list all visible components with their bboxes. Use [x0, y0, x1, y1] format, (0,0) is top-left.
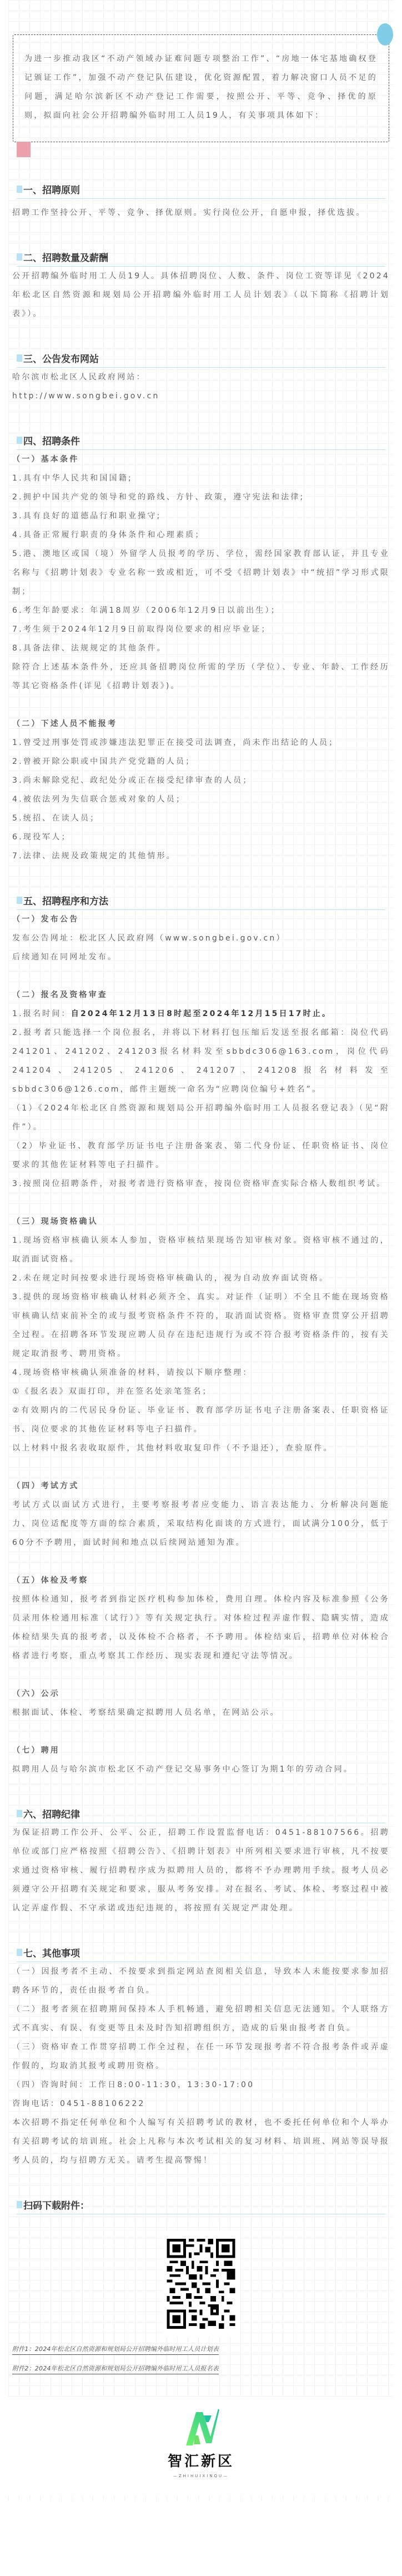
- list-item: 4.具备正常履行职责的身体条件和心理素质；: [12, 526, 390, 544]
- attachment-link-2[interactable]: 附件2：2024年松北区自然资源和规划局公开招聘编外临时用工人员报名表: [12, 2364, 219, 2374]
- section-quantity: 二、招聘数量及薪酬 公开招聘编外临时用工人员19人。具体招聘岗位、人数、条件、岗…: [8, 250, 394, 323]
- list-item: 除符合上述基本条件外，还应具备招聘岗位所需的学历（学位）、专业、年龄、工作经历等…: [12, 658, 390, 696]
- section-website: 三、公告发布网站 哈尔滨市松北区人民政府网站： http://www.songb…: [8, 351, 394, 406]
- list-item: 3.尚未解除党纪、政纪处分或正在接受纪律审查的人员；: [12, 771, 390, 790]
- list-item: 2.报考者只能选择一个岗位报名，并将以下材料打包压缩后发送至报名邮箱：岗位代码2…: [12, 1023, 390, 1099]
- website-label: 哈尔滨市松北区人民政府网站：: [12, 368, 390, 387]
- heading-bar-icon: [17, 1949, 22, 1956]
- list-item: 发布公告网址：松北区人民政府网（www.songbei.gov.cn）: [12, 929, 390, 948]
- list-item: 6.考生年龄要求：年满18周岁（2006年12月9日以前出生）；: [12, 601, 390, 620]
- list-item: 3.按照岗位招聘条件，对报考者进行资格审查，按岗位资格审查实际合格人数组织考试。: [12, 1174, 390, 1193]
- section-title: 四、招聘条件: [23, 433, 80, 447]
- registration-time-label: 1.报名时间：: [12, 1009, 71, 1018]
- section-principles: 一、招聘原则 招聘工作坚持公开、平等、竞争、择优原则。实行岗位公开，自愿申报，择…: [8, 182, 394, 222]
- qr-code-icon: [167, 2239, 235, 2329]
- paragraph: 按照体检通知，报考者到指定医疗机构参加体检，费用自理。体检内容及标准参照《公务员…: [12, 1590, 390, 1665]
- registration-time: 1.报名时间：自2024年12月13日8时起至2024年12月15日17时止。: [12, 1004, 390, 1023]
- subheading: （一）发布公告: [12, 910, 390, 929]
- subheading: （三）现场资格确认: [12, 1212, 390, 1231]
- list-item: 6.现役军人；: [12, 828, 390, 847]
- list-item: （2）毕业证书、教育部学历证书电子注册备案表、第二代身份证、任职资格证书、岗位要…: [12, 1137, 390, 1174]
- section-download: 扫码下载附件：: [8, 2198, 394, 2380]
- list-item: 3.具有良好的道德品行和职业操守;: [12, 507, 390, 526]
- paragraph: 公开招聘编外临时用工人员19人。具体招聘岗位、人数、条件、岗位工资等详见《202…: [12, 267, 390, 323]
- list-item: （1）《2024年松北区自然资源和规划局公开招聘编外临时用工人员报名登记表》（见…: [12, 1099, 390, 1137]
- list-item: 8.具备法律、法规规定的其他条件。: [12, 639, 390, 658]
- list-item: （二）报考者须在招聘期间保持本人手机畅通，避免招聘相关信息无法通知。个人联络方式…: [12, 2000, 390, 2038]
- website-url[interactable]: http://www.songbei.gov.cn: [12, 387, 390, 406]
- decorative-circle-icon: [377, 23, 393, 46]
- section-title: 七、其他事项: [23, 1945, 80, 1959]
- list-item: 5.港、澳地区或国（境）外留学人员报考的学历、学位，需经国家教育部认证，并且专业…: [12, 544, 390, 601]
- article-page: 为进一步推动我区“不动产领域办证难问题专项整治工作”、“房地一体宅基地确权登记颁…: [8, 0, 394, 2501]
- subheading: （五）体检及考察: [12, 1571, 390, 1590]
- heading-bar-icon: [17, 897, 22, 904]
- list-item: 后续通知在同网址发布。: [12, 948, 390, 967]
- list-item: 1.具有中华人民共和国国籍;: [12, 469, 390, 488]
- logo-subtitle: —ZHIHUIXINQU—: [173, 2474, 229, 2478]
- section-heading: 五、招聘程序和方法: [17, 893, 385, 910]
- heading-bar-icon: [17, 437, 22, 444]
- section-title: 五、招聘程序和方法: [23, 893, 108, 907]
- paragraph: 根据面试、体检、考察结果确定拟聘用人员名单，在网站公示。: [12, 1703, 390, 1722]
- section-heading: 一、招聘原则: [17, 182, 385, 199]
- paragraph: 招聘工作坚持公开、平等、竞争、择优原则。实行岗位公开，自愿申报，择优选拔。: [12, 203, 390, 222]
- qr-code: [163, 2231, 239, 2337]
- list-item: 2.拥护中国共产党的领导和党的路线、方针、政策，遵守宪法和法律;: [12, 488, 390, 507]
- registration-time-value: 自2024年12月13日8时起至2024年12月15日17时止。: [71, 1009, 331, 1018]
- list-item: 4.被依法列为失信联合惩戒对象的人员；: [12, 790, 390, 809]
- subheading: （一）基本条件: [12, 450, 390, 469]
- decorative-square-icon: [17, 142, 31, 157]
- list-item: 咨询电话：0451-88106222: [12, 2094, 390, 2113]
- intro-box: 为进一步推动我区“不动产领域办证难问题专项整治工作”、“房地一体宅基地确权登记颁…: [13, 34, 389, 142]
- section-title: 六、招聘纪律: [23, 1807, 80, 1820]
- subheading: （六）公示: [12, 1684, 390, 1703]
- subheading: （二）下述人员不能报考: [12, 714, 390, 733]
- heading-bar-icon: [17, 1810, 22, 1817]
- subheading: （四）考试方式: [12, 1477, 390, 1495]
- attachment-link-1[interactable]: 附件1：2024年松北区自然资源和规划局公开招聘编外临时用工人员计划表: [12, 2344, 219, 2355]
- list-item: （三）资格审查工作贯穿招聘工作全过程，在任一环节发现报考者不符合报考条件或弄虚作…: [12, 2038, 390, 2075]
- paragraph: 拟聘用人员与哈尔滨市松北区不动产登记交易事务中心签订为期1年的劳动合同。: [12, 1760, 390, 1779]
- list-item: ①《报名表》双面打印，并在签名处亲笔签名；: [12, 1382, 390, 1401]
- section-other: 七、其他事项 （一）因报考者不主动、不按要求到指定网站查阅相关信息，导致本人未能…: [8, 1945, 394, 2170]
- section-title: 二、招聘数量及薪酬: [23, 250, 108, 264]
- list-item: 7.法律、法规及政策规定的其他情形。: [12, 847, 390, 866]
- list-item: 1.曾受过刑事处罚或涉嫌违法犯罪正在接受司法调查，尚未作出结论的人员；: [12, 733, 390, 752]
- zhihui-logo-icon: [182, 2408, 220, 2447]
- logo-name: 智汇新区: [168, 2450, 234, 2470]
- section-discipline: 六、招聘纪律 为保证招聘工作公开、公平、公正，招聘工作设置监督电话：0451-8…: [8, 1807, 394, 1918]
- list-item: 1.现场资格审核确认须本人参加，资格审核结果现场告知审核对象。资格审核不通过的，…: [12, 1231, 390, 1269]
- list-item: 4.现场资格审核确认须准备的材料，请按以下顺序整理：: [12, 1363, 390, 1382]
- section-procedure: 五、招聘程序和方法 （一）发布公告 发布公告网址：松北区人民政府网（www.so…: [8, 893, 394, 1779]
- heading-bar-icon: [17, 354, 22, 362]
- list-item: 5.统招、在读人员；: [12, 809, 390, 828]
- list-item: ②有效期内的二代居民身份证、毕业证书、教育部学历证书电子注册备案表、任职资格证书…: [12, 1401, 390, 1439]
- footer-logo: 智汇新区 —ZHIHUIXINQU—: [8, 2397, 394, 2495]
- section-title: 一、招聘原则: [23, 182, 80, 196]
- heading-bar-icon: [17, 186, 22, 193]
- heading-bar-icon: [17, 253, 22, 261]
- intro-paragraph: 为进一步推动我区“不动产领域办证难问题专项整治工作”、“房地一体宅基地确权登记颁…: [24, 49, 378, 125]
- list-item: 7.考生须于2024年12月9日前取得岗位要求的相应毕业证；: [12, 620, 390, 639]
- section-title: 三、公告发布网站: [23, 351, 99, 365]
- subheading: （二）报名及资格审查: [12, 986, 390, 1004]
- paragraph: 考试方式以面试方式进行，主要考察报考者应变能力、语言表达能力、分析解决问题能力、…: [12, 1495, 390, 1552]
- section-heading: 扫码下载附件：: [17, 2198, 385, 2214]
- section-conditions: 四、招聘条件 （一）基本条件 1.具有中华人民共和国国籍; 2.拥护中国共产党的…: [8, 433, 394, 866]
- section-heading: 七、其他事项: [17, 1945, 385, 1962]
- list-item: （四）咨询时间：工作日8:00-11:30，13:30-17:00: [12, 2075, 390, 2094]
- list-item: （一）因报考者不主动、不按要求到指定网站查阅相关信息，导致本人未能按要求参加招聘…: [12, 1962, 390, 2000]
- section-title: 扫码下载附件：: [23, 2198, 89, 2212]
- list-item: 2.未在规定时间按要求进行现场资格审核确认的，视为自动放弃面试资格。: [12, 1269, 390, 1288]
- list-item: 3.提供的现场资格审核确认材料必须齐全、真实。对证件（证明）不全且不能在现场资格…: [12, 1288, 390, 1363]
- section-heading: 三、公告发布网站: [17, 351, 385, 368]
- section-heading: 四、招聘条件: [17, 433, 385, 450]
- list-item: 以上材料中报名表收取原件，其他材料收取复印件（不予退还），查验原件。: [12, 1439, 390, 1458]
- section-heading: 二、招聘数量及薪酬: [17, 250, 385, 267]
- list-item: 2.曾被开除公职或中国共产党党籍的人员；: [12, 752, 390, 771]
- subheading: （七）聘用: [12, 1741, 390, 1760]
- list-item: 本次招聘不指定任何单位和个人编写有关招聘考试的教材，也不委托任何单位和个人举办有…: [12, 2113, 390, 2170]
- paragraph: 为保证招聘工作公开、公平、公正，招聘工作设置监督电话：0451-88107566…: [12, 1823, 390, 1918]
- heading-bar-icon: [17, 2201, 22, 2208]
- section-heading: 六、招聘纪律: [17, 1807, 385, 1823]
